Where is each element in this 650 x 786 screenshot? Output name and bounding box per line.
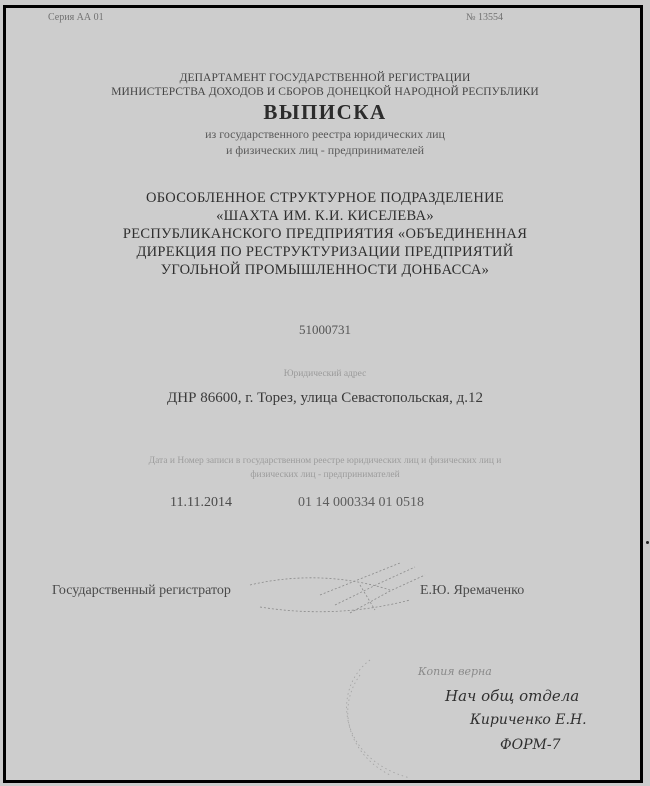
record-caption-line-2: физических лиц - предпринимателей bbox=[0, 468, 650, 482]
record-caption-line-1: Дата и Номер записи в государственном ре… bbox=[0, 454, 650, 468]
record-caption: Дата и Номер записи в государственном ре… bbox=[0, 454, 650, 482]
issuer-department: ДЕПАРТАМЕНТ ГОСУДАРСТВЕННОЙ РЕГИСТРАЦИИ bbox=[0, 71, 650, 85]
document-number: № 13554 bbox=[466, 12, 503, 23]
subtitle-line-2: и физических лиц - предпринимателей bbox=[0, 142, 650, 158]
record-number: 01 14 000334 01 0518 bbox=[298, 495, 424, 511]
organization-name: ОБОСОБЛЕННОЕ СТРУКТУРНОЕ ПОДРАЗДЕЛЕНИЕ «… bbox=[0, 189, 650, 279]
issuer-block: ДЕПАРТАМЕНТ ГОСУДАРСТВЕННОЙ РЕГИСТРАЦИИ … bbox=[0, 71, 650, 99]
handwritten-line: Кириченко Е.Н. bbox=[470, 712, 587, 728]
handwritten-line: Нач общ отдела bbox=[445, 687, 579, 705]
issuer-ministry: МИНИСТЕРСТВА ДОХОДОВ И СБОРОВ ДОНЕЦКОЙ Н… bbox=[0, 85, 650, 99]
subtitle-line-1: из государственного реестра юридических … bbox=[0, 126, 650, 142]
org-line: ДИРЕКЦИЯ ПО РЕСТРУКТУРИЗАЦИИ ПРЕДПРИЯТИЙ bbox=[0, 243, 650, 261]
series-label: Серия АА 01 bbox=[48, 12, 104, 23]
address-value: ДНР 86600, г. Торез, улица Севастопольск… bbox=[0, 390, 650, 407]
address-label: Юридический адрес bbox=[0, 369, 650, 379]
handwritten-line: Копия верна bbox=[418, 665, 492, 678]
handwritten-line: ФОРМ-7 bbox=[500, 737, 561, 753]
record-date: 11.11.2014 bbox=[170, 495, 232, 511]
signature-scribble-icon bbox=[240, 555, 440, 625]
org-line: РЕСПУБЛИКАНСКОГО ПРЕДПРИЯТИЯ «ОБЪЕДИНЕНН… bbox=[0, 225, 650, 243]
registrar-name: Е.Ю. Яремаченко bbox=[420, 583, 524, 599]
speck-mark bbox=[646, 541, 649, 544]
org-line: ОБОСОБЛЕННОЕ СТРУКТУРНОЕ ПОДРАЗДЕЛЕНИЕ bbox=[0, 189, 650, 207]
document-subtitle: из государственного реестра юридических … bbox=[0, 126, 650, 158]
org-line: «ШАХТА ИМ. К.И. КИСЕЛЕВА» bbox=[0, 207, 650, 225]
org-line: УГОЛЬНОЙ ПРОМЫШЛЕННОСТИ ДОНБАССА» bbox=[0, 261, 650, 279]
document-title: ВЫПИСКА bbox=[0, 100, 650, 125]
registrar-role: Государственный регистратор bbox=[52, 583, 231, 599]
organization-code: 51000731 bbox=[0, 322, 650, 338]
